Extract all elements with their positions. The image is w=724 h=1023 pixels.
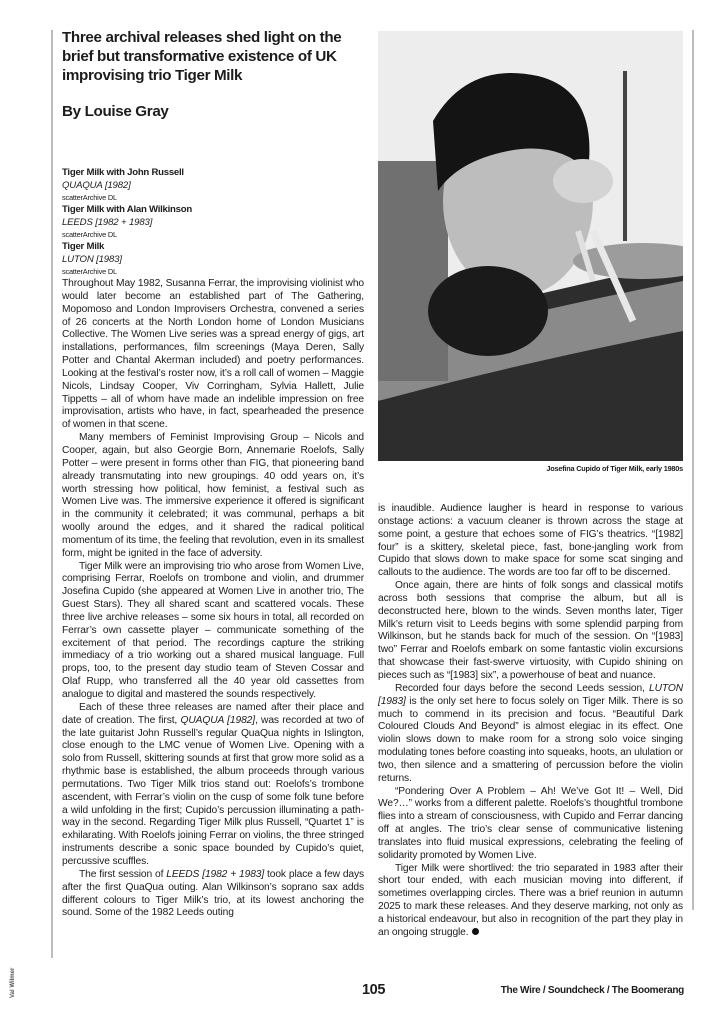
photo-caption: Josefina Cupido of Tiger Milk, early 198… [378,464,683,473]
release-label: scatterArchive DL [62,192,364,204]
body-paragraph: The first session of LEEDS [1982 + 1983]… [62,869,364,920]
release-title: QUAQUA [1982] [62,180,364,193]
body-paragraph: Each of these three releases are named a… [62,702,364,869]
article-body-right: is inaudible. Audience laugher is heard … [378,503,683,940]
right-column: is inaudible. Audience laugher is heard … [378,503,683,940]
body-paragraph: Tiger Milk were an improvising trio who … [62,561,364,702]
body-paragraph: Tiger Milk were shortlived: the trio sep… [378,863,683,940]
text-run: , was recorded at two of the late guitar… [62,715,364,867]
release-item: Tiger Milk with John Russell QUAQUA [198… [62,167,364,204]
body-paragraph: Once again, there are hints of folk song… [378,580,683,683]
text-run: is the only set here to focus solely on … [378,696,683,784]
release-artist: Tiger Milk with Alan Wilkinson [62,204,364,217]
body-paragraph: Recorded four days before the second Lee… [378,683,683,786]
release-artist: Tiger Milk [62,241,364,254]
right-column-rule [692,30,694,910]
headline: Three archival releases shed light on th… [62,28,364,85]
release-label: scatterArchive DL [62,229,364,241]
page-number: 105 [362,982,385,998]
release-item: Tiger Milk LUTON [1983] scatterArchive D… [62,241,364,278]
body-paragraph: Throughout May 1982, Susanna Ferrar, the… [62,278,364,432]
release-item: Tiger Milk with Alan Wilkinson LEEDS [19… [62,204,364,241]
release-title: LEEDS [1982 + 1983] [62,217,364,230]
left-column-rule [51,30,53,958]
photo-credit: Val Wilmer [10,968,16,998]
body-paragraph: is inaudible. Audience laugher is heard … [378,503,683,580]
end-of-article-bullet-icon [472,928,479,935]
album-title: LEEDS [1982 + 1983] [166,869,264,880]
text-run: Tiger Milk were shortlived: the trio sep… [378,863,683,938]
body-paragraph: “Pondering Over A Problem – Ah! We’ve Go… [378,786,683,863]
article-photo [378,31,683,461]
release-artist: Tiger Milk with John Russell [62,167,364,180]
release-list: Tiger Milk with John Russell QUAQUA [198… [62,167,364,278]
release-label: scatterArchive DL [62,266,364,278]
section-footer: The Wire / Soundcheck / The Boomerang [501,985,684,996]
release-title: LUTON [1983] [62,254,364,267]
body-paragraph: Many members of Feminist Improvising Gro… [62,432,364,560]
text-run: Recorded four days before the second Lee… [395,683,649,694]
photo-illustration [378,31,683,461]
left-column: Three archival releases shed light on th… [62,28,364,920]
byline: By Louise Gray [62,102,364,121]
article-body-left: Throughout May 1982, Susanna Ferrar, the… [62,278,364,920]
text-run: The first session of [79,869,166,880]
magazine-page: Three archival releases shed light on th… [0,0,724,1023]
album-title: QUAQUA [1982] [181,715,255,726]
